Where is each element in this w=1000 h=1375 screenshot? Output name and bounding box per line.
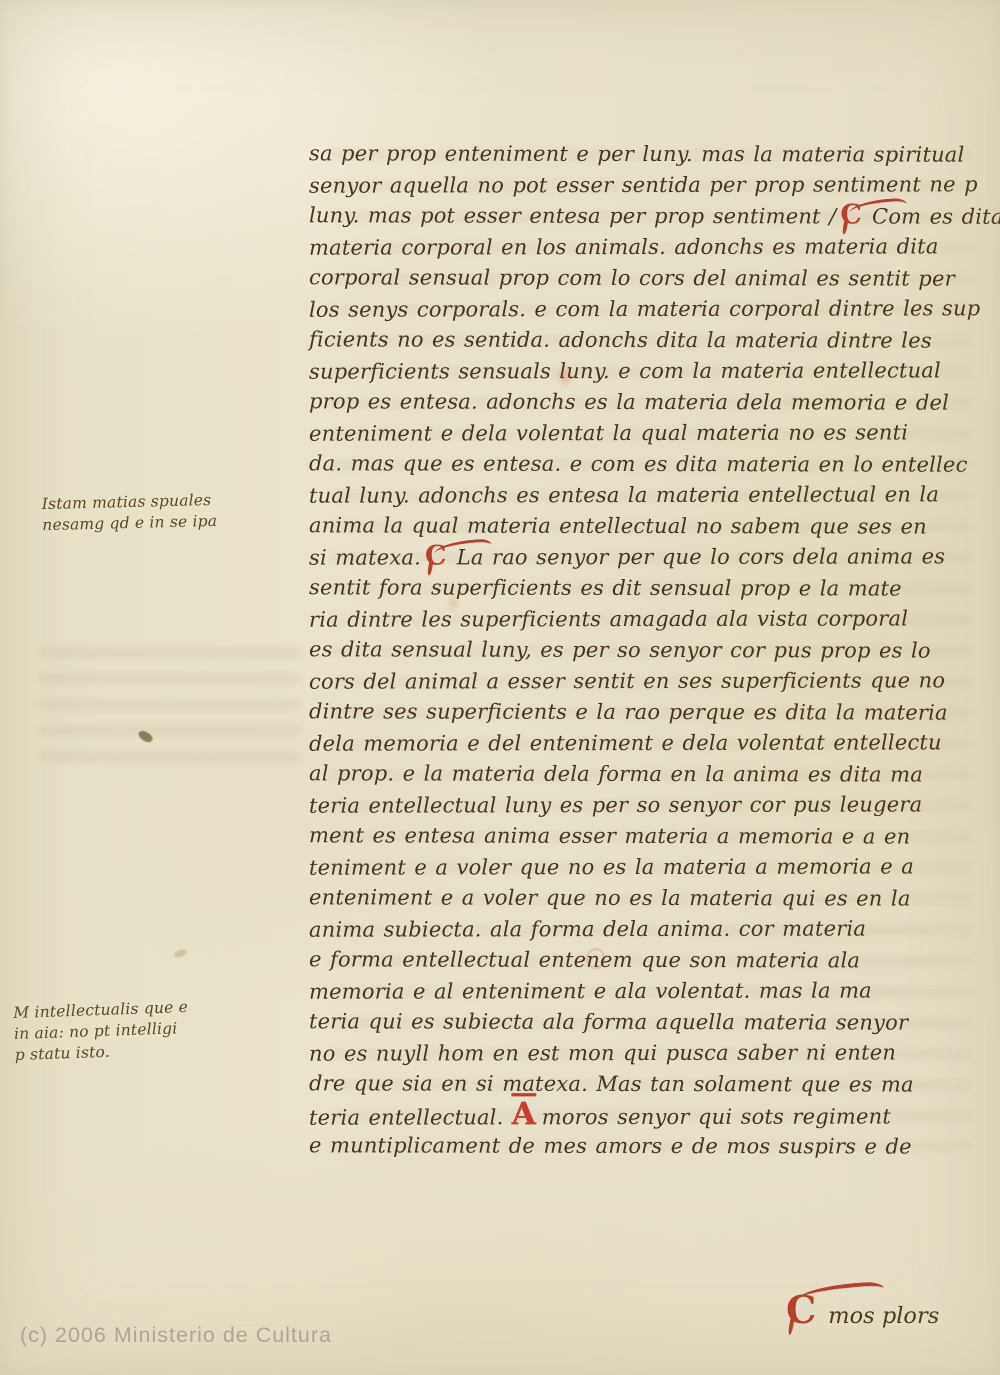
manuscript-line: anima la qual materia entellectual no sa… <box>309 510 981 542</box>
line-text: es dita sensual luny, es per so senyor c… <box>309 637 931 662</box>
line-text: e forma entellectual entenem que son mat… <box>309 947 860 972</box>
manuscript-line: e muntiplicament de mes amors e de mos s… <box>309 1130 981 1162</box>
line-text: enteniment e a voler que no es la materi… <box>309 885 911 910</box>
parchment-blemish <box>173 948 188 959</box>
manuscript-line: ficients no es sentida. adonchs dita la … <box>309 324 981 356</box>
manuscript-line: al prop. e la materia dela forma en la a… <box>309 758 981 790</box>
manuscript-line: teniment e a voler que no es la materia … <box>309 851 981 883</box>
line-text: corporal sensual prop com lo cors del an… <box>309 265 955 290</box>
red-initial-A: A <box>511 1100 535 1128</box>
line-text: e muntiplicament de mes amors e de mos s… <box>309 1133 912 1158</box>
line-text: moros senyor qui sots regiment <box>542 1104 891 1129</box>
line-text: los senys corporals. e com la materia co… <box>309 296 980 321</box>
manuscript-line: sa per prop enteniment e per luny. mas l… <box>309 138 981 170</box>
manuscript-line: ment es entesa anima esser materia a mem… <box>309 820 981 852</box>
manuscript-line: enteniment e a voler que no es la materi… <box>309 882 981 914</box>
manuscript-line: tual luny. adonchs es entesa la materia … <box>309 479 981 511</box>
line-text: dre que sia en si matexa. Mas tan solame… <box>309 1071 914 1096</box>
ink-showthrough <box>40 648 300 768</box>
line-text: sentit fora superficients es dit sensual… <box>309 575 902 600</box>
manuscript-line: prop es entesa. adonchs es la materia de… <box>309 386 981 418</box>
line-text: enteniment e dela volentat la qual mater… <box>309 420 908 445</box>
capitulum-mark: C <box>840 201 862 228</box>
line-text: ment es entesa anima esser materia a mem… <box>309 823 910 848</box>
manuscript-line: no es nuyll hom en est mon qui pusca sab… <box>309 1037 981 1069</box>
manuscript-line: senyor aquella no pot esser sentida per … <box>309 169 981 201</box>
manuscript-line: teria entellectual luny es per so senyor… <box>309 789 981 821</box>
margin-note-2: M intellectualis que e in aia: no pt int… <box>13 997 190 1066</box>
line-text: no es nuyll hom en est mon qui pusca sab… <box>309 1040 896 1065</box>
line-text: dintre ses superficients e la rao perque… <box>309 699 948 724</box>
manuscript-line: luny. mas pot esser entesa per prop sent… <box>309 200 981 232</box>
manuscript-page: Istam matias spuales nesamg qd e in se i… <box>0 0 1000 1375</box>
line-text: sa per prop enteniment e per luny. mas l… <box>309 141 965 166</box>
line-text: ria dintre les superficients amagada ala… <box>309 606 908 631</box>
line-text: teria entellectual luny es per so senyor… <box>309 792 922 817</box>
manuscript-line: enteniment e dela volentat la qual mater… <box>309 417 981 449</box>
line-text: senyor aquella no pot esser sentida per … <box>309 172 978 197</box>
line-text: memoria e al enteniment e ala volentat. … <box>309 979 872 1004</box>
manuscript-line: dela memoria e del enteniment e dela vol… <box>309 727 981 759</box>
line-text: teniment e a voler que no es la materia … <box>309 854 914 879</box>
manuscript-line: los senys corporals. e com la materia co… <box>309 293 981 325</box>
manuscript-line: memoria e al enteniment e ala volentat. … <box>309 975 981 1007</box>
line-text: tual luny. adonchs es entesa la materia … <box>309 482 939 507</box>
line-text: dela memoria e del enteniment e dela vol… <box>309 730 942 755</box>
capitulum-mark: C <box>786 1291 816 1329</box>
manuscript-line: ria dintre les superficients amagada ala… <box>309 603 981 635</box>
copyright-watermark: (c) 2006 Ministerio de Cultura <box>20 1323 332 1348</box>
line-text: teria qui es subiecta ala forma aquella … <box>309 1009 908 1034</box>
line-text: prop es entesa. adonchs es la materia de… <box>309 389 949 414</box>
manuscript-line: corporal sensual prop com lo cors del an… <box>309 262 981 294</box>
manuscript-line: e forma entellectual entenem que son mat… <box>309 944 981 976</box>
manuscript-line: dre que sia en si matexa. Mas tan solame… <box>309 1068 981 1100</box>
manuscript-line: superficients sensuals luny. e com la ma… <box>309 355 981 387</box>
manuscript-line: materia corporal en los animals. adonchs… <box>309 231 981 263</box>
line-text: teria entellectual. <box>309 1105 503 1129</box>
manuscript-line: es dita sensual luny, es per so senyor c… <box>309 634 981 666</box>
catchword: Cmos plors <box>782 1291 939 1329</box>
margin-note-1: Istam matias spuales nesamg qd e in se i… <box>42 490 218 536</box>
line-text: luny. mas pot esser entesa per prop sent… <box>309 203 836 228</box>
line-text: da. mas que es entesa. e com es dita mat… <box>309 451 968 476</box>
line-text: materia corporal en los animals. adonchs… <box>309 234 939 259</box>
manuscript-line: da. mas que es entesa. e com es dita mat… <box>309 448 981 480</box>
manuscript-line: cors del animal a esser sentit en ses su… <box>309 665 981 697</box>
line-text: si matexa. <box>309 545 421 569</box>
ink-blot <box>137 728 154 744</box>
manuscript-line: teria entellectual.Amoros senyor qui sot… <box>309 1099 981 1131</box>
capitulum-mark: C <box>425 542 447 569</box>
line-text: cors del animal a esser sentit en ses su… <box>309 668 945 693</box>
main-text-block: sa per prop enteniment e per luny. mas l… <box>309 139 981 1162</box>
line-text: anima la qual materia entellectual no sa… <box>309 513 927 538</box>
manuscript-line: sentit fora superficients es dit sensual… <box>309 572 981 604</box>
line-text: anima subiecta. ala forma dela anima. co… <box>309 917 866 942</box>
manuscript-line: teria qui es subiecta ala forma aquella … <box>309 1006 981 1038</box>
catchword-text: mos plors <box>828 1303 939 1329</box>
manuscript-line: anima subiecta. ala forma dela anima. co… <box>309 913 981 945</box>
line-text: superficients sensuals luny. e com la ma… <box>309 358 941 383</box>
line-text: La rao senyor per que lo cors dela anima… <box>457 544 946 569</box>
manuscript-line: si matexa.CLa rao senyor per que lo cors… <box>309 541 981 573</box>
margin-note-line: nesamg qd e in se ipa <box>42 511 217 536</box>
manuscript-line: dintre ses superficients e la rao perque… <box>309 696 981 728</box>
line-text: al prop. e la materia dela forma en la a… <box>309 761 923 786</box>
line-text: ficients no es sentida. adonchs dita la … <box>309 327 932 352</box>
